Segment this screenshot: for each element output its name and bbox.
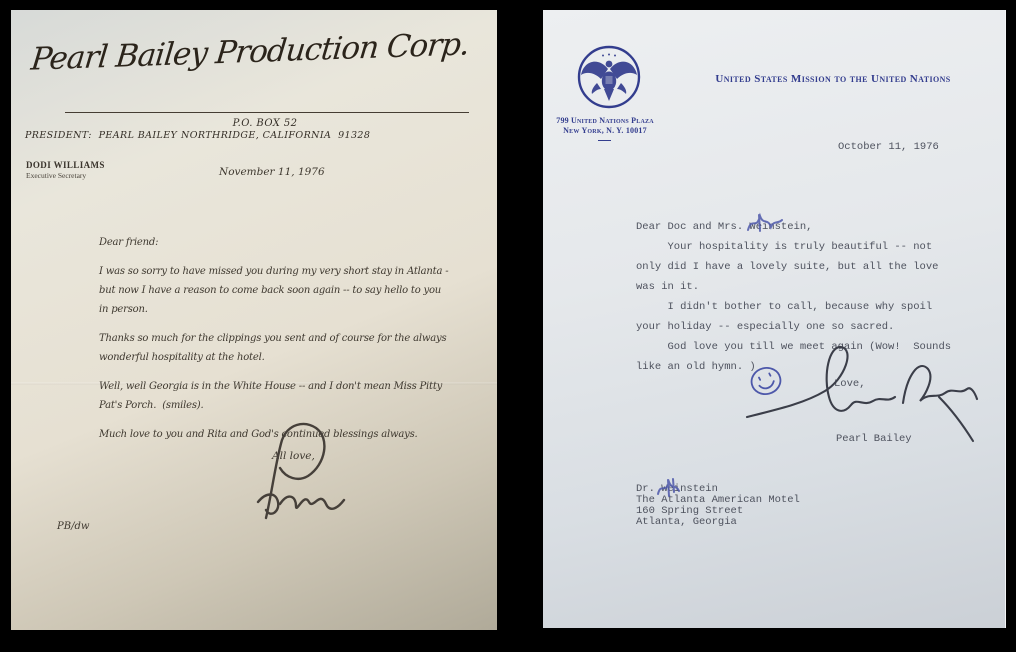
org-address-line2: New York, N. Y. 10017 bbox=[549, 126, 661, 135]
org-address-line1: 799 United Nations Plaza bbox=[549, 116, 661, 125]
company-script-logo: Pearl Bailey Production Corp. bbox=[23, 26, 477, 78]
letter-pearl-bailey-production-corp: Pearl Bailey Production Corp. P.O. BOX 5… bbox=[11, 10, 497, 630]
signature-typed-name: Pearl Bailey bbox=[836, 433, 912, 445]
company-address-line: NORTHRIDGE, CALIFORNIA 91328 bbox=[181, 130, 370, 141]
secretary-title: Executive Secretary bbox=[26, 171, 86, 180]
great-seal-icon bbox=[575, 43, 643, 111]
organization-name: United States Mission to the United Nati… bbox=[689, 73, 977, 85]
ink-correction-recipient-icon bbox=[655, 476, 691, 500]
letter-us-mission-to-un: United States Mission to the United Nati… bbox=[543, 10, 1006, 628]
secretary-name: DODI WILLIAMS bbox=[26, 160, 105, 170]
letter-date: October 11, 1976 bbox=[838, 141, 939, 153]
typist-initials: PB/dw bbox=[57, 521, 89, 532]
po-box-line: P.O. BOX 52 bbox=[75, 118, 455, 129]
pearl-signature bbox=[246, 420, 356, 532]
letterhead-rule bbox=[65, 112, 469, 113]
ink-correction-salutation-icon bbox=[745, 211, 785, 235]
letterhead-dash bbox=[598, 140, 611, 141]
photo-of-two-letters: { "colors": { "background": "#000000", "… bbox=[0, 0, 1016, 652]
president-line: PRESIDENT: PEARL BAILEY bbox=[25, 130, 177, 141]
letter-date: November 11, 1976 bbox=[219, 166, 325, 178]
